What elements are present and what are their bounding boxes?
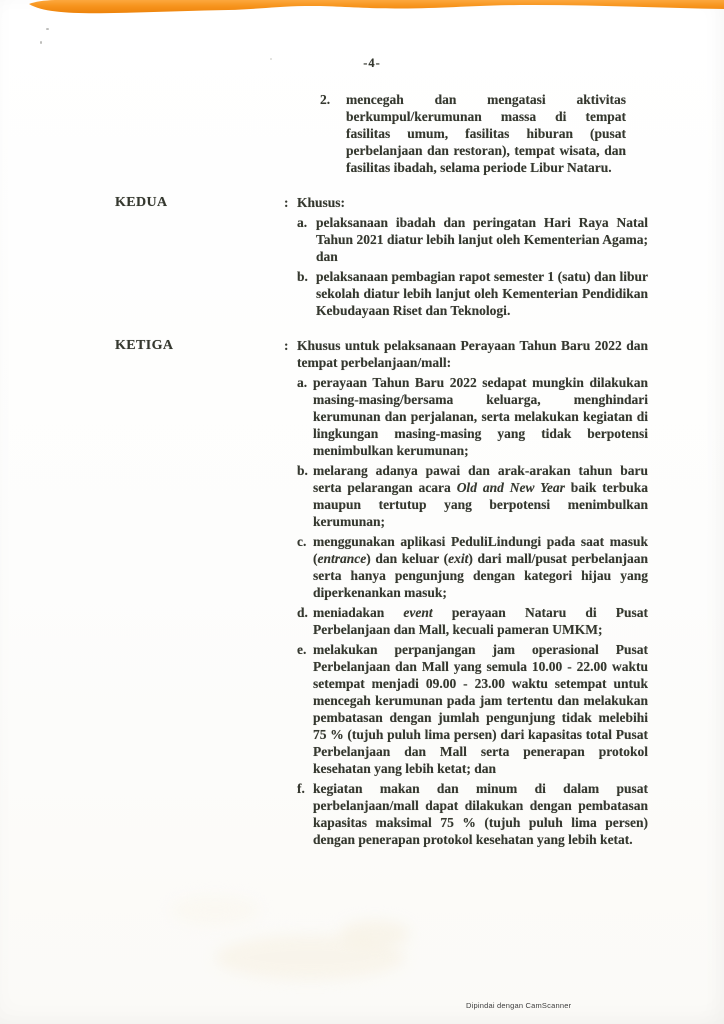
item-marker: c. — [297, 533, 313, 601]
item-marker: b. — [297, 462, 313, 530]
scan-speck — [270, 58, 272, 60]
scan-smudge — [170, 895, 260, 925]
orange-scan-strip — [0, 0, 724, 20]
section-content: Khusus untuk pelaksanaan Perayaan Tahun … — [297, 337, 648, 848]
section-intro: Khusus: — [297, 194, 648, 211]
scanner-credit: Dipindai dengan CamScanner — [466, 1001, 571, 1010]
item-marker: 2. — [320, 91, 346, 176]
item-marker: a. — [297, 214, 316, 265]
list-item-a: a. pelaksanaan ibadah dan peringatan Har… — [297, 214, 648, 265]
list-item-d: d. meniadakan event perayaan Nataru di P… — [297, 604, 648, 638]
scan-speck — [46, 28, 49, 30]
list-item-b: b. pelaksanaan pembagian rapot semester … — [297, 268, 648, 319]
section-content: Khusus: a. pelaksanaan ibadah dan pering… — [297, 194, 648, 319]
list-item-a: a. perayaan Tahun Baru 2022 sedapat mung… — [297, 374, 648, 459]
item-marker: b. — [297, 268, 316, 319]
section-kedua: KEDUA : Khusus: a. pelaksanaan ibadah da… — [115, 194, 648, 319]
scan-smudge — [340, 920, 410, 948]
item-text: menggunakan aplikasi PeduliLindungi pada… — [313, 533, 648, 601]
section-intro: Khusus untuk pelaksanaan Perayaan Tahun … — [297, 337, 648, 371]
item-text: perayaan Tahun Baru 2022 sedapat mungkin… — [313, 374, 648, 459]
section-ketiga: KETIGA : Khusus untuk pelaksanaan Peraya… — [115, 337, 648, 848]
item-text: kegiatan makan dan minum di dalam pusat … — [313, 780, 648, 848]
item-text: meniadakan event perayaan Nataru di Pusa… — [313, 604, 648, 638]
list-item-e: e. melakukan perpanjangan jam operasiona… — [297, 641, 648, 777]
item-marker: e. — [297, 641, 313, 777]
scan-speck — [40, 41, 42, 44]
scanned-page: -4- 2. mencegah dan mengatasi aktivitas … — [0, 0, 724, 1024]
list-item-b: b. melarang adanya pawai dan arak-arakan… — [297, 462, 648, 530]
section-label: KEDUA — [115, 194, 284, 319]
page-number: -4- — [348, 55, 396, 72]
item-text: mencegah dan mengatasi aktivitas berkump… — [346, 91, 626, 176]
item-marker: d. — [297, 604, 313, 638]
item-marker: f. — [297, 780, 313, 848]
section-separator: : — [284, 194, 297, 319]
list-item-c: c. menggunakan aplikasi PeduliLindungi p… — [297, 533, 648, 601]
list-item-f: f. kegiatan makan dan minum di dalam pus… — [297, 780, 648, 848]
section-separator: : — [284, 337, 297, 848]
item-marker: a. — [297, 374, 313, 459]
item-text: melarang adanya pawai dan arak-arakan ta… — [313, 462, 648, 530]
continuation-list-item-2: 2. mencegah dan mengatasi aktivitas berk… — [320, 91, 626, 176]
item-text: pelaksanaan pembagian rapot semester 1 (… — [316, 268, 648, 319]
item-text: melakukan perpanjangan jam operasional P… — [313, 641, 648, 777]
section-label: KETIGA — [115, 337, 284, 848]
item-text: pelaksanaan ibadah dan peringatan Hari R… — [316, 214, 648, 265]
